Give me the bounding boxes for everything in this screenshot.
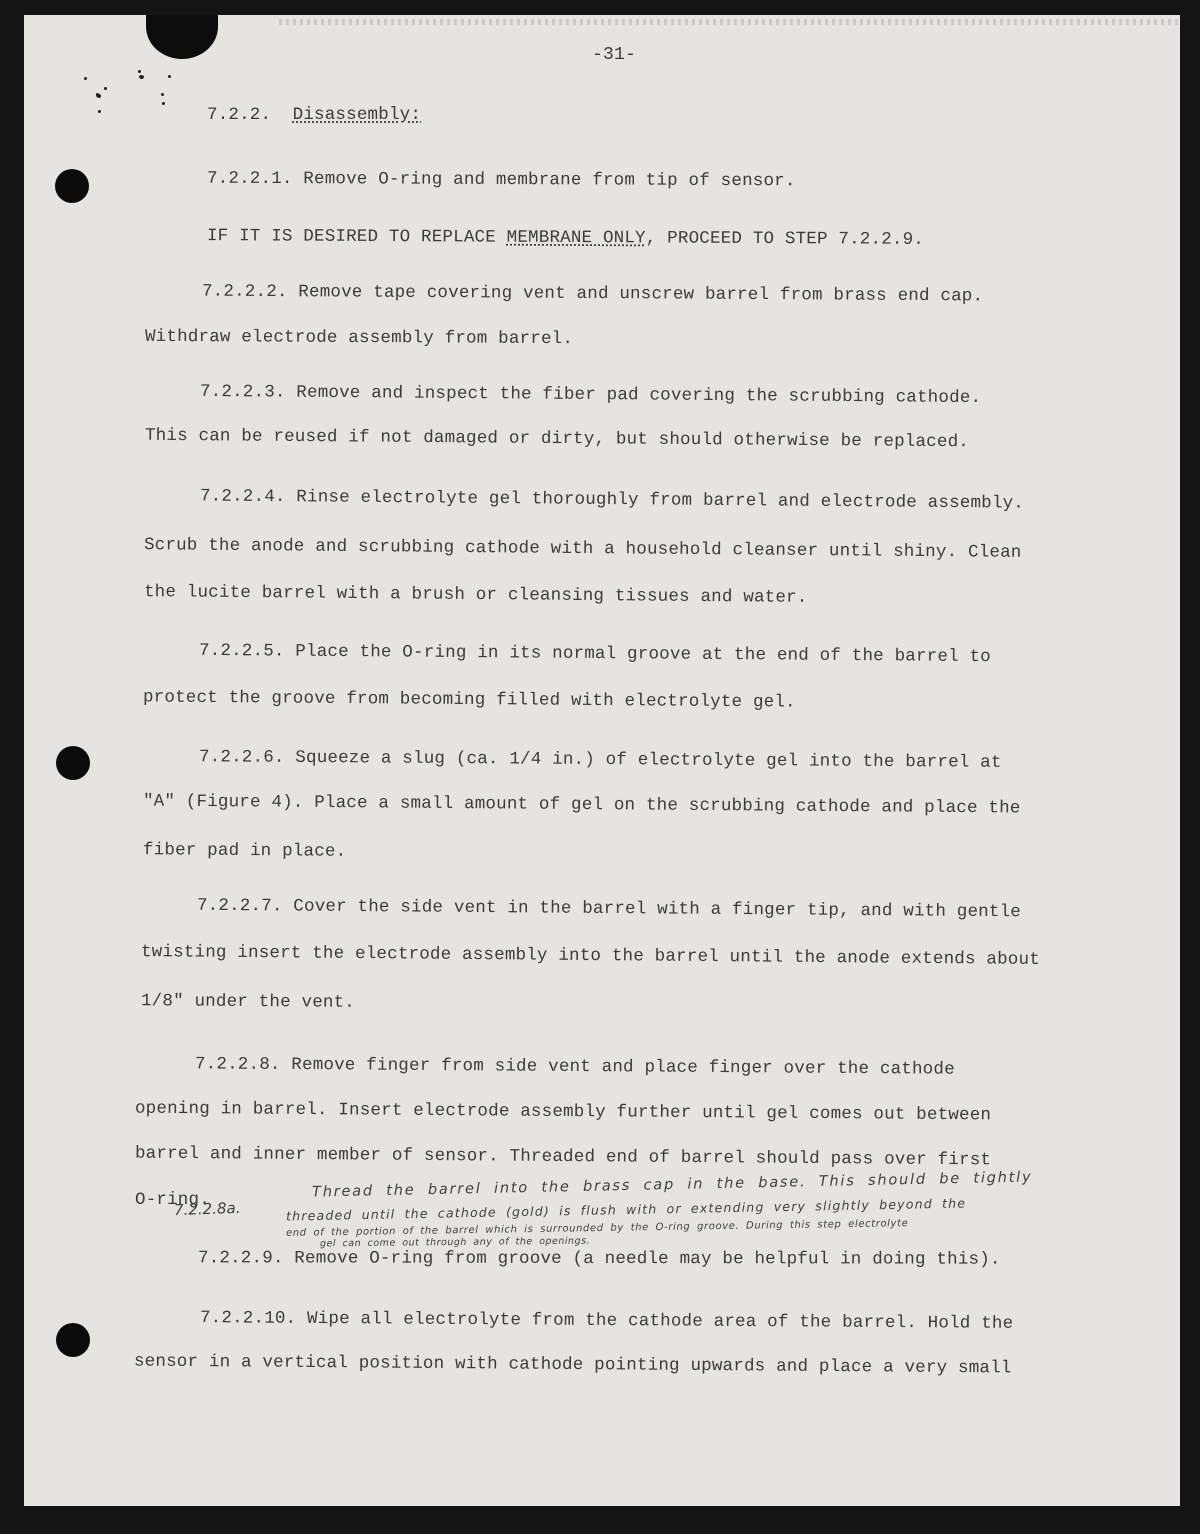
step-7-2-2-9: 7.2.2.9. Remove O-ring from groove (a ne… [198, 1248, 1001, 1269]
scan-speck [139, 75, 144, 79]
scan-speck [98, 110, 101, 113]
step-7-2-2-10-line-1: 7.2.2.10. Wipe all electrolyte from the … [200, 1308, 1013, 1334]
section-heading: 7.2.2. Disassembly: [207, 105, 421, 125]
step-7-2-2-7-line-3: 1/8" under the vent. [141, 991, 355, 1013]
step-7-2-2-8-line-2: opening in barrel. Insert electrode asse… [135, 1099, 991, 1126]
step-7-2-2-5-line-1: 7.2.2.5. Place the O-ring in its normal … [199, 641, 991, 667]
handwritten-step-label: 7.2.2.8a. [174, 1199, 241, 1219]
step-7-2-2-3-line-1: 7.2.2.3. Remove and inspect the fiber pa… [200, 382, 981, 408]
membrane-only-emphasis: MEMBRANE ONLY [507, 228, 646, 249]
document-page: -31- 7.2.2. Disassembly: 7.2.2.1. Remove… [24, 15, 1180, 1506]
ink-blot [146, 15, 218, 59]
step-7-2-2-6-line-1: 7.2.2.6. Squeeze a slug (ca. 1/4 in.) of… [199, 747, 1002, 773]
step-7-2-2-7-line-2: twisting insert the electrode assembly i… [141, 942, 1040, 970]
step-7-2-2-6-line-3: fiber pad in place. [143, 840, 346, 862]
scan-speck [168, 75, 171, 78]
page-number: -31- [592, 45, 636, 65]
scan-speck [96, 94, 99, 97]
step-7-2-2-4-line-1: 7.2.2.4. Rinse electrolyte gel thoroughl… [200, 486, 1024, 513]
punch-hole-middle [56, 746, 90, 780]
section-title: Disassembly: [293, 105, 421, 125]
step-7-2-2-4-line-3: the lucite barrel with a brush or cleans… [144, 582, 808, 608]
step-7-2-2-2-line-2: Withdraw electrode assembly from barrel. [145, 327, 573, 349]
step-7-2-2-8-line-3: barrel and inner member of sensor. Threa… [135, 1144, 991, 1171]
step-7-2-2-10-line-2: sensor in a vertical position with catho… [134, 1352, 1012, 1379]
section-number: 7.2.2. [207, 105, 271, 125]
scan-speck [138, 70, 141, 73]
scan-artifact-top-edge [279, 19, 1179, 25]
step-7-2-2-8-line-1: 7.2.2.8. Remove finger from side vent an… [195, 1054, 955, 1079]
handwritten-note-line-4: gel can come out through any of the open… [320, 1236, 590, 1250]
punch-hole-top [55, 169, 89, 203]
step-7-2-2-7-line-1: 7.2.2.7. Cover the side vent in the barr… [197, 896, 1021, 922]
step-7-2-2-2-line-1: 7.2.2.2. Remove tape covering vent and u… [202, 282, 983, 307]
step-7-2-2-6-line-2: "A" (Figure 4). Place a small amount of … [143, 792, 1021, 819]
step-7-2-2-1: 7.2.2.1. Remove O-ring and membrane from… [207, 169, 796, 192]
step-7-2-2-3-line-2: This can be reused if not damaged or dir… [145, 426, 969, 452]
scan-speck [84, 77, 87, 80]
scan-speck [104, 87, 107, 90]
membrane-only-notice: IF IT IS DESIRED TO REPLACE MEMBRANE ONL… [207, 226, 924, 250]
scan-speck [161, 93, 164, 96]
scan-speck [162, 102, 165, 105]
step-7-2-2-4-line-2: Scrub the anode and scrubbing cathode wi… [144, 535, 1022, 563]
step-7-2-2-5-line-2: protect the groove from becoming filled … [143, 687, 796, 712]
punch-hole-bottom [56, 1323, 90, 1357]
